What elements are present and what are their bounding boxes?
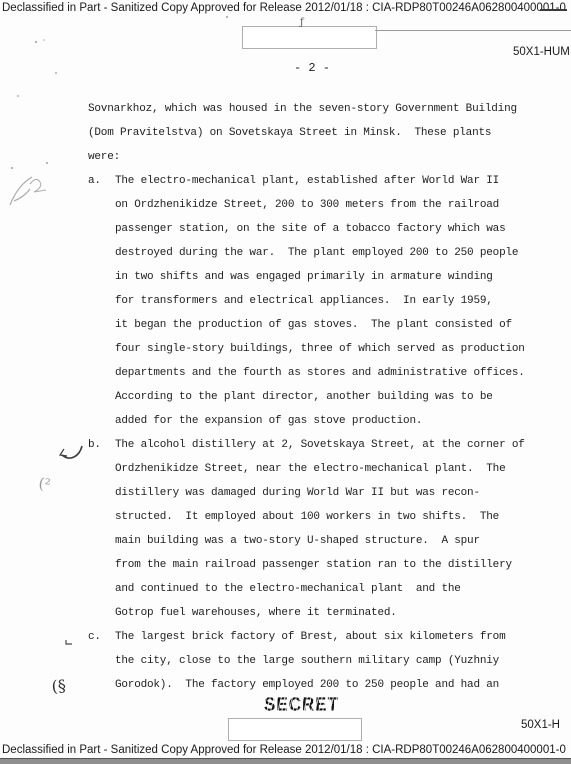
pencil-dot	[11, 167, 13, 169]
redaction-box	[242, 26, 377, 49]
text-line-content: for transformers and electrical applianc…	[115, 295, 493, 307]
text-line: main building was a two-story U-shaped s…	[88, 529, 528, 553]
pencil-dot	[35, 41, 37, 43]
text-line-content: four single-story buildings, three of wh…	[115, 343, 525, 355]
text-line-content: According to the plant director, another…	[115, 391, 493, 403]
document-body: Sovnarkhoz, which was housed in the seve…	[88, 97, 528, 697]
text-line: destroyed during the war. The plant empl…	[88, 241, 528, 265]
text-line-content: The electro-mechanical plant, establishe…	[115, 175, 499, 187]
horizontal-rule	[375, 30, 571, 31]
text-line-content: departments and the fourth as stores and…	[115, 367, 525, 379]
pencil-scribble	[10, 177, 32, 205]
text-line-content: The alcohol distillery at 2, Sovetskaya …	[115, 439, 525, 451]
text-line: passenger station, on the site of a toba…	[88, 217, 528, 241]
redaction-box	[228, 718, 362, 741]
classification-code: 50X1-H	[521, 719, 560, 731]
text-line-content: added for the expansion of gas stove pro…	[115, 415, 422, 427]
text-line: from the main railroad passenger station…	[88, 553, 528, 577]
text-line-content: on Ordzhenikidze Street, 200 to 300 mete…	[115, 199, 499, 211]
ink-note: (§	[51, 676, 67, 696]
text-line-content: destroyed during the war. The plant empl…	[115, 247, 518, 259]
declassification-banner-bottom: Declassified in Part - Sanitized Copy Ap…	[2, 744, 566, 756]
text-line-content: The largest brick factory of Brest, abou…	[115, 631, 505, 643]
classification-code: 50X1-HUM	[513, 46, 570, 58]
text-line: for transformers and electrical applianc…	[88, 289, 528, 313]
text-line-content: and continued to the electro-mechanical …	[115, 583, 461, 595]
text-line: and continued to the electro-mechanical …	[88, 577, 528, 601]
pencil-dot	[46, 162, 48, 164]
text-line-content: main building was a two-story U-shaped s…	[115, 535, 480, 547]
page-number: - 2 -	[294, 61, 330, 75]
text-line-content: it began the production of gas stoves. T…	[115, 319, 512, 331]
scanned-document-page: Declassified in Part - Sanitized Copy Ap…	[0, 0, 571, 764]
text-line: b.The alcohol distillery at 2, Sovetskay…	[88, 433, 528, 457]
scan-edge-bar	[0, 758, 571, 764]
text-line: c.The largest brick factory of Brest, ab…	[88, 625, 528, 649]
text-line-content: distillery was damaged during World War …	[115, 487, 480, 499]
pencil-dot	[226, 16, 228, 18]
list-marker: c.	[88, 625, 101, 649]
pencil-dot	[55, 72, 57, 74]
text-line-content: Ordzhenikidze Street, near the electro-m…	[115, 463, 505, 475]
text-line: According to the plant director, another…	[88, 385, 528, 409]
text-line: Gotrop fuel warehouses, where it termina…	[88, 601, 528, 625]
text-line: the city, close to the large southern mi…	[88, 649, 528, 673]
text-line: distillery was damaged during World War …	[88, 481, 528, 505]
text-line: four single-story buildings, three of wh…	[88, 337, 528, 361]
text-line-content: passenger station, on the site of a toba…	[115, 223, 505, 235]
list-marker: b.	[88, 433, 101, 457]
text-line: structed. It employed about 100 workers …	[88, 505, 528, 529]
text-line: on Ordzhenikidze Street, 200 to 300 mete…	[88, 193, 528, 217]
text-line: in two shifts and was engaged primarily …	[88, 265, 528, 289]
ink-mark	[66, 640, 72, 644]
text-line: (Dom Pravitelstva) on Sovetskaya Street …	[88, 121, 528, 145]
declassification-banner-top: Declassified in Part - Sanitized Copy Ap…	[2, 2, 566, 14]
text-line: a.The electro-mechanical plant, establis…	[88, 169, 528, 193]
text-line-content: from the main railroad passenger station…	[115, 559, 512, 571]
pencil-dot	[17, 95, 19, 97]
text-line-content: the city, close to the large southern mi…	[115, 655, 499, 667]
text-line: were:	[88, 145, 528, 169]
pencil-scribble	[30, 179, 46, 192]
text-line-content: Gorodok). The factory employed 200 to 25…	[115, 679, 499, 691]
pencil-note: (²	[37, 474, 51, 493]
text-line: Ordzhenikidze Street, near the electro-m…	[88, 457, 528, 481]
text-line: added for the expansion of gas stove pro…	[88, 409, 528, 433]
scan-artifact-dash	[540, 9, 567, 11]
text-line: it began the production of gas stoves. T…	[88, 313, 528, 337]
list-marker: a.	[88, 169, 101, 193]
text-line-content: in two shifts and was engaged primarily …	[115, 271, 493, 283]
text-line: Sovnarkhoz, which was housed in the seve…	[88, 97, 528, 121]
text-line-content: structed. It employed about 100 workers …	[115, 511, 499, 523]
secret-stamp: SECRET	[264, 694, 339, 716]
checkmark	[62, 446, 82, 458]
text-line-content: Gotrop fuel warehouses, where it termina…	[115, 607, 397, 619]
text-line: departments and the fourth as stores and…	[88, 361, 528, 385]
checkmark	[60, 449, 67, 456]
pencil-dot	[43, 39, 45, 41]
